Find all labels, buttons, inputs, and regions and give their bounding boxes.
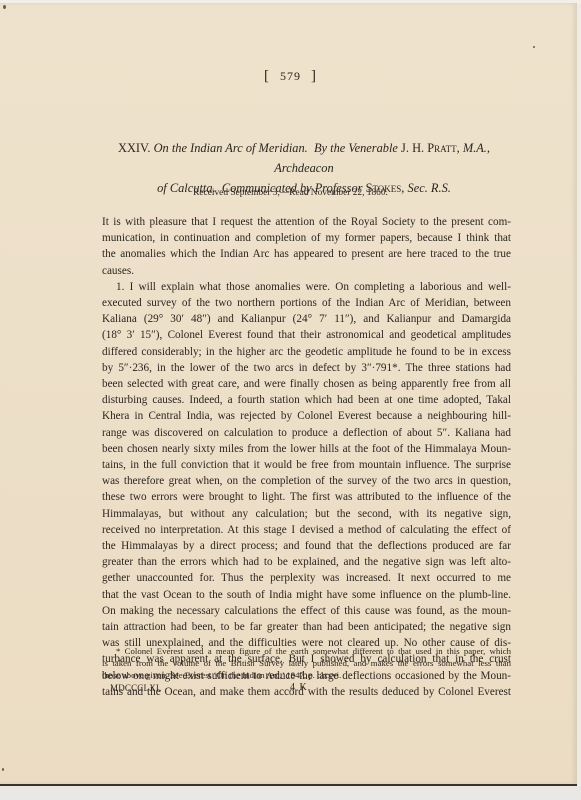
text-line: greater than the errors which had to be … xyxy=(102,554,511,570)
body-text: It is with pleasure that I request the a… xyxy=(102,214,511,700)
scan-speck xyxy=(533,46,535,48)
author-name: J. H. Pratt, xyxy=(401,141,460,155)
text-line: executed survey of the two northern port… xyxy=(102,295,511,311)
text-line: the Himmalayas by a direct process; and … xyxy=(102,538,511,554)
text-line: (18° 3′ 15″), Colonel Everest found that… xyxy=(102,327,511,343)
text-line: 1. I will explain what those anomalies w… xyxy=(102,279,511,295)
text-line: munication, in continuation and completi… xyxy=(102,230,511,246)
signature-mark: 4 K xyxy=(290,682,308,693)
text-line: the anomalies which the Indian Arc has a… xyxy=(102,246,511,262)
text-line: was therefore great when, on the complet… xyxy=(102,473,511,489)
volume-year: MDCCCLXI. xyxy=(110,683,162,693)
footnote-line: those above given. See Everest ‘On the I… xyxy=(102,669,511,681)
footnote-line: is taken from the volume of the British … xyxy=(102,657,511,669)
text-line: that the vast Ocean to the south of Indi… xyxy=(102,587,511,603)
text-line: tain attraction had been, to be far grea… xyxy=(102,619,511,635)
scan-speck xyxy=(2,768,4,771)
scan-bottom-margin xyxy=(0,786,581,800)
article-numeral: XXIV. xyxy=(118,141,150,155)
article-title-text: On the Indian Arc of Meridian. xyxy=(154,141,308,155)
text-line: Khera in Central India, was rejected by … xyxy=(102,408,511,424)
received-date: Received September 3,—Read November 22, … xyxy=(0,188,581,198)
text-line: by 5″·236, in the lower of the two arcs … xyxy=(102,360,511,376)
page-number: [579] xyxy=(0,68,581,85)
text-line: tains, in the full conviction that it wo… xyxy=(102,457,511,473)
text-line: these two errors were brought to light. … xyxy=(102,489,511,505)
text-line: Himmalayas, but without any calculation;… xyxy=(102,506,511,522)
text-line: differed considerably; in the higher arc… xyxy=(102,344,511,360)
text-line: causes. xyxy=(102,263,511,279)
text-line: been selected with great care, and were … xyxy=(102,376,511,392)
text-line: gether unaccounted for. Thus the perplex… xyxy=(102,570,511,586)
scan-speck xyxy=(3,5,6,9)
footnote: * Colonel Everest used a mean figure of … xyxy=(102,645,511,682)
text-line: Kaliana (29° 30′ 48″) and Kalianpur (24°… xyxy=(102,311,511,327)
text-line: been chosen nearly sixty miles from the … xyxy=(102,441,511,457)
footnote-line: * Colonel Everest used a mean figure of … xyxy=(102,645,511,657)
text-line: It is with pleasure that I request the a… xyxy=(102,214,511,230)
text-line: range was discovered on calculation to p… xyxy=(102,425,511,441)
text-line: On making the necessary calculations the… xyxy=(102,603,511,619)
text-line: received no interpretation. At this stag… xyxy=(102,522,511,538)
page-number-value: 579 xyxy=(280,69,301,83)
text-line: disturbing causes. Indeed, a fourth stat… xyxy=(102,392,511,408)
by-label: By the Venerable xyxy=(314,141,398,155)
